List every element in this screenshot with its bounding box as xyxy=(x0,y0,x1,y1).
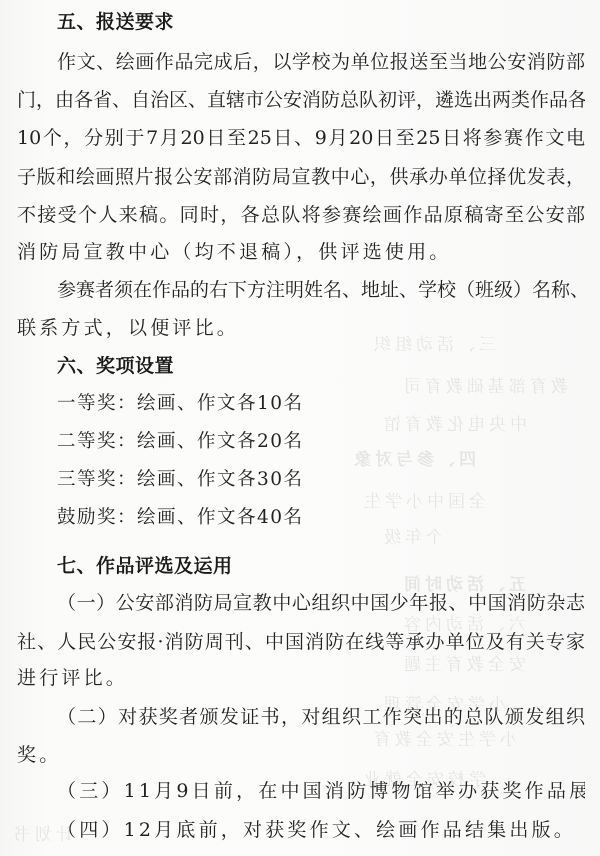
section-heading: 七、作品评选及运用 xyxy=(57,548,585,584)
paragraph-line: （四）12月底前，对获奖作文、绘画作品结集出版。 xyxy=(57,812,585,848)
paragraph-line: 联系方式，以便评比。 xyxy=(17,310,585,346)
section-heading: 五、报送要求 xyxy=(57,4,585,40)
paragraph-line: （二）对获奖者颁发证书，对组织工作突出的总队颁发组织 xyxy=(57,699,585,735)
paragraph-line: 奖。 xyxy=(17,737,585,773)
award-item: 一等奖：绘画、作文各10名 xyxy=(57,386,585,422)
paragraph-line: 不接受个人来稿。同时，各总队将参赛绘画作品原稿寄至公安部 xyxy=(17,197,585,233)
paragraph-line: 作文、绘画作品完成后，以学校为单位报送至当地公安消防部 xyxy=(57,44,585,80)
paragraph-line: 门，由各省、自治区、直辖市公安消防总队初评，遴选出两类作品各 xyxy=(17,82,585,118)
section-heading: 六、奖项设置 xyxy=(57,348,585,384)
paragraph-line: 消防局宣教中心（均不退稿），供评选使用。 xyxy=(17,234,585,270)
award-item: 二等奖：绘画、作文各20名 xyxy=(57,424,585,460)
award-item: 鼓励奖：绘画、作文各40名 xyxy=(57,500,585,536)
paragraph-line: 社、人民公安报·消防周刊、中国消防在线等承办单位及有关专家 xyxy=(17,624,585,660)
paragraph-line: 参赛者须在作品的右下方注明姓名、地址、学校（班级）名称、 xyxy=(57,272,585,308)
paragraph-line: 进行评比。 xyxy=(17,660,585,696)
paragraph-line: （三）11月9日前，在中国消防博物馆举办获奖作品展。 xyxy=(57,773,585,809)
paragraph-line: 10个，分别于7月20日至25日、9月20日至25日将参赛作文电 xyxy=(17,120,585,156)
award-item: 三等奖：绘画、作文各30名 xyxy=(57,462,585,498)
paragraph-line: 子版和绘画照片报公安部消防局宣教中心，供承办单位择优发表， xyxy=(17,159,585,195)
paragraph-line: （一）公安部消防局宣教中心组织中国少年报、中国消防杂志 xyxy=(57,585,585,621)
scanned-page: 三、活动组织 教育部基础教育司 中央电化教育馆 四、参与对象 全国中小学生 个年… xyxy=(0,0,600,856)
